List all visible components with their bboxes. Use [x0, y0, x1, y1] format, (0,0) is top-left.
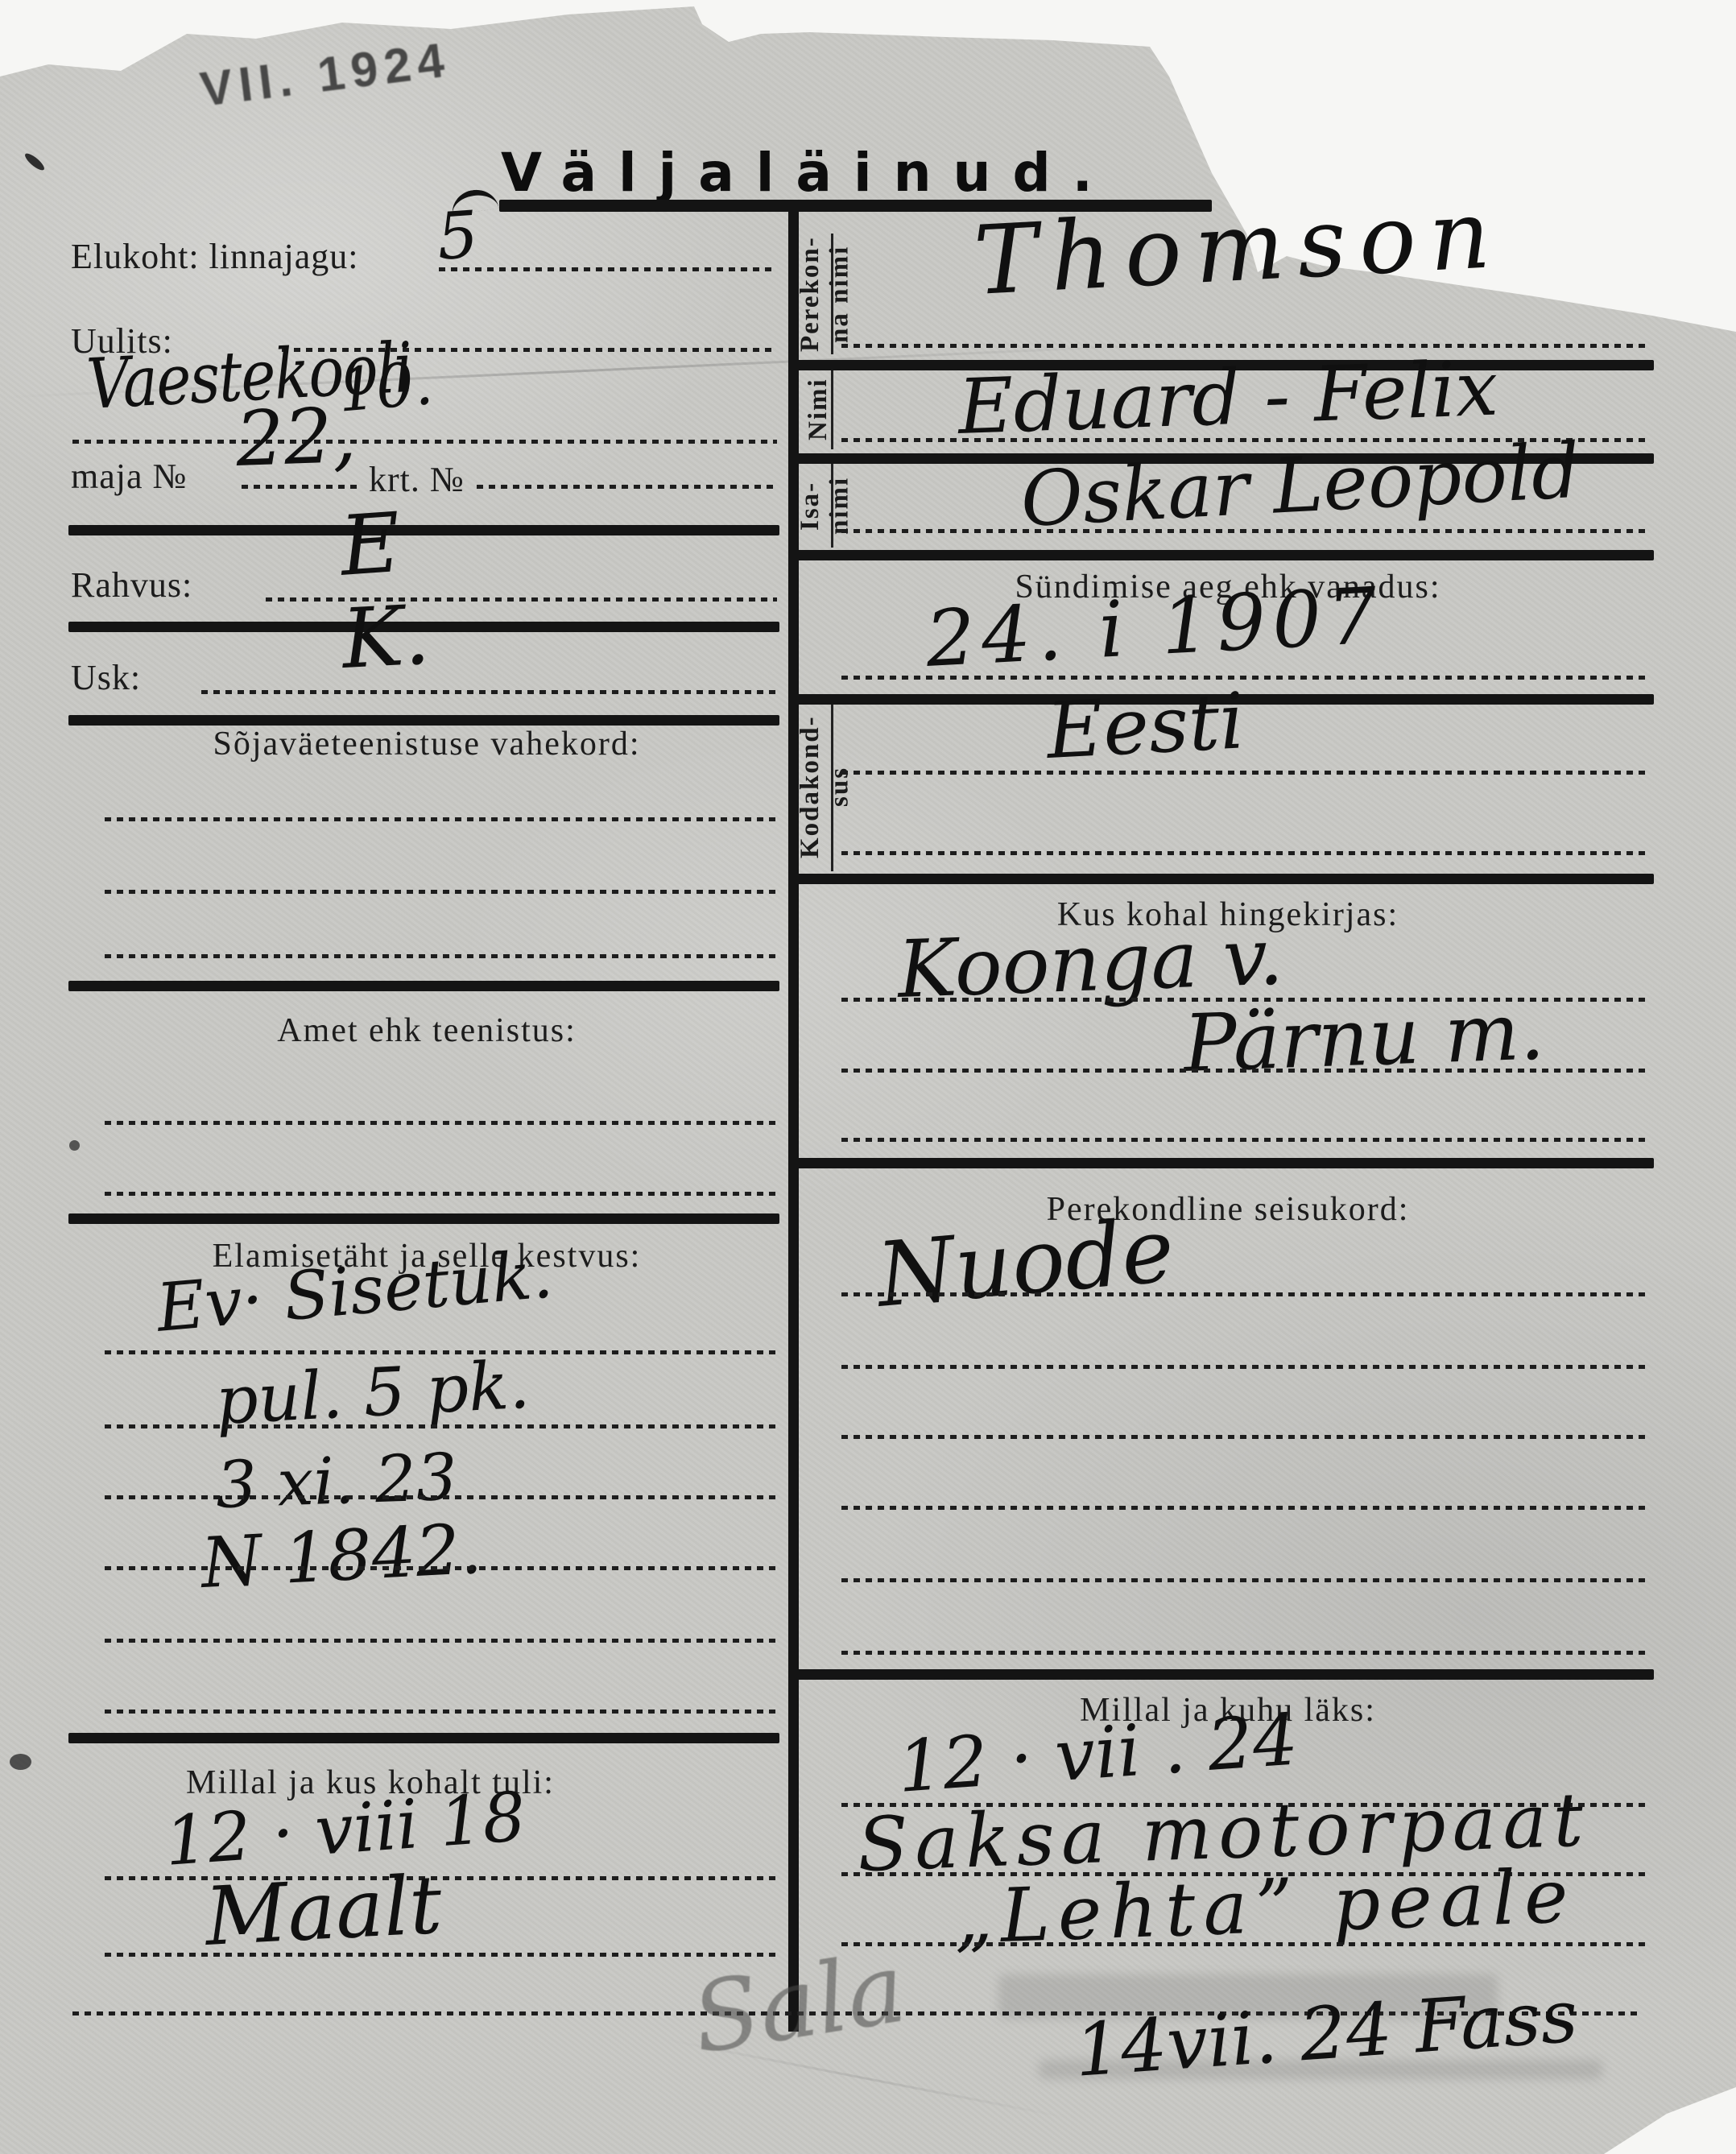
row-label-fathers-name: Isa- nimi [796, 461, 834, 550]
field-label-usk: Usk: [71, 657, 141, 698]
dotted-line [841, 1506, 1647, 1510]
dotted-line [105, 817, 779, 821]
section-bar [68, 1733, 779, 1743]
section-bar [788, 1158, 1654, 1168]
dotted-line [105, 1953, 779, 1957]
dotted-line [841, 1435, 1647, 1439]
dotted-line [841, 851, 1647, 855]
dotted-line [105, 1566, 779, 1570]
section-bar [788, 550, 1654, 560]
handwritten-arrival-place: Maalt [203, 1858, 444, 1964]
handwritten-nationality: E [337, 495, 404, 595]
dotted-line [242, 485, 362, 489]
dotted-line [105, 890, 779, 894]
ink-speck [10, 1754, 31, 1770]
dotted-line [841, 529, 1647, 533]
dotted-line [105, 1121, 779, 1125]
dotted-line [201, 690, 777, 694]
row-label-firstname: Nimi [804, 369, 826, 449]
section-bar [68, 981, 779, 991]
dotted-line [105, 1710, 779, 1714]
field-label-krt: krt. № [369, 459, 465, 500]
scanned-document-page: VII. 1924 Väljaläinud. Elukoht: linnajag… [0, 0, 1736, 2154]
dotted-line [841, 1578, 1647, 1582]
dotted-line [105, 1495, 779, 1499]
section-bar [788, 1669, 1654, 1680]
section-bar [68, 1213, 779, 1224]
ink-speck [69, 1140, 80, 1151]
handwritten-permit-line3: 3 xi. 23 [214, 1440, 458, 1523]
handwritten-religion: K. [340, 587, 432, 688]
dotted-line [841, 1365, 1647, 1369]
field-label-rahvus: Rahvus: [71, 564, 192, 606]
field-label-maja: maja № [71, 456, 188, 497]
dotted-line [841, 1651, 1647, 1655]
dotted-line [477, 485, 777, 489]
dotted-line [841, 771, 1647, 775]
dotted-line [841, 1292, 1647, 1296]
row-label-surname: Perekon- na nimi [796, 232, 834, 357]
dotted-line [105, 1639, 779, 1643]
dotted-line [72, 440, 777, 444]
dotted-line [105, 954, 779, 958]
dotted-line [841, 676, 1647, 680]
dotted-line [841, 1069, 1647, 1073]
section-bar [788, 874, 1654, 884]
section-header-occupation: Amet ehk teenistus: [76, 1011, 777, 1050]
section-header-military: Sõjaväeteenistuse vahekord: [76, 725, 777, 763]
dotted-line [105, 1192, 779, 1196]
handwritten-permit-line4: N 1842. [199, 1509, 484, 1604]
dotted-line [841, 344, 1647, 348]
dotted-line [105, 1424, 779, 1428]
dotted-line [439, 267, 777, 271]
handwritten-parish2: Pärnu m. [1182, 986, 1546, 1090]
handwritten-citizenship: Eesti [1044, 676, 1246, 776]
dotted-line [841, 1942, 1647, 1946]
handwritten-house-number: 22, [234, 392, 358, 484]
row-label-citizenship: Kodakond- sus [796, 702, 834, 871]
dotted-line [841, 1138, 1647, 1142]
field-label-elukoht: Elukoht: linnajagu: [71, 236, 359, 277]
section-bar [68, 525, 779, 535]
page-title: Väljaläinud. [501, 142, 1114, 204]
